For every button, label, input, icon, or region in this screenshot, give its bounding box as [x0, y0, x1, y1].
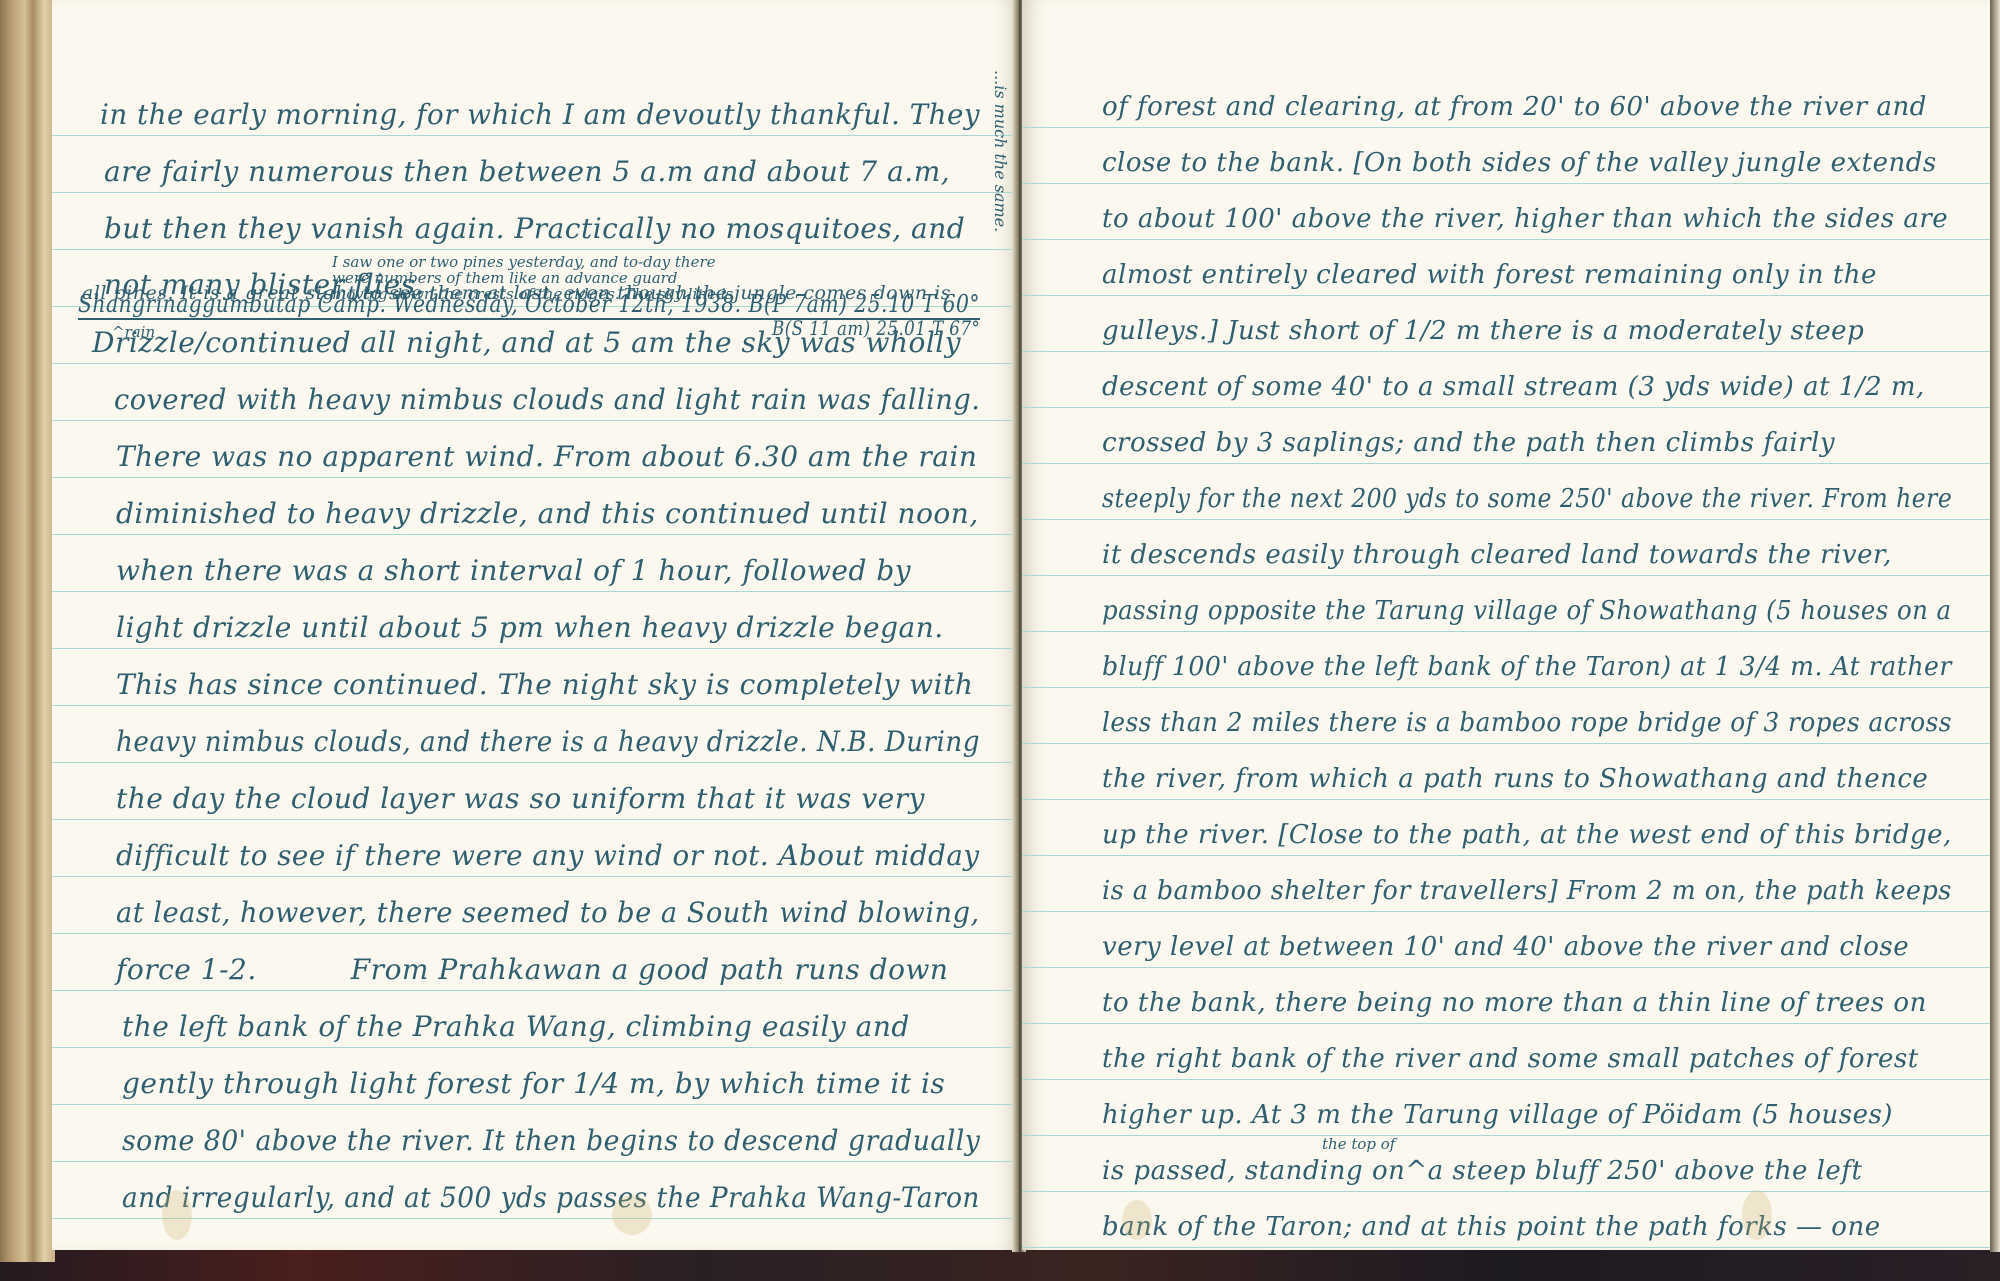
diary-entry-heading: Shangrinaggumbutap Camp. Wednesday, Octo… — [78, 290, 980, 318]
text-line: higher up. At 3 m the Tarung village of … — [1102, 1100, 1893, 1130]
right-page: of forest and clearing, at from 20' to 6… — [1022, 0, 1992, 1250]
text-line: some 80' above the river. It then begins… — [122, 1124, 980, 1157]
text-line: to about 100' above the river, higher th… — [1102, 204, 1948, 234]
text-line: diminished to heavy drizzle, and this co… — [116, 497, 979, 530]
text-line: is passed, standing on^a steep bluff 250… — [1102, 1156, 1862, 1186]
text-line: This has since continued. The night sky … — [116, 668, 973, 701]
interlinear-insertion: I saw one or two pines yesterday, and to… — [332, 254, 716, 270]
text-line: very level at between 10' and 40' above … — [1102, 932, 1909, 962]
text-line: is a bamboo shelter for travellers] From… — [1102, 876, 1952, 906]
text-line: heavy nimbus clouds, and there is a heav… — [116, 725, 980, 758]
text-line: at least, however, there seemed to be a … — [116, 896, 980, 929]
page-edge-right — [1990, 0, 2000, 1252]
text-line: the day the cloud layer was so uniform t… — [116, 782, 925, 815]
text-line: steeply for the next 200 yds to some 250… — [1102, 484, 1952, 514]
text-line: of forest and clearing, at from 20' to 6… — [1102, 92, 1927, 122]
margin-note-vertical: ...is much the same. — [991, 70, 1010, 232]
text-line: to the bank, there being no more than a … — [1102, 988, 1927, 1018]
text-line: the left bank of the Prahka Wang, climbi… — [122, 1010, 910, 1043]
text-line: light drizzle until about 5 pm when heav… — [116, 611, 944, 644]
page-edges — [0, 0, 55, 1262]
text-line: up the river. [Close to the path, at the… — [1102, 820, 1952, 850]
text-line: the river, from which a path runs to Sho… — [1102, 764, 1928, 794]
text-line: in the early morning, for which I am dev… — [100, 98, 980, 131]
text-line: almost entirely cleared with forest rema… — [1102, 260, 1877, 290]
text-line: difficult to see if there were any wind … — [116, 839, 980, 872]
text-line: descent of some 40' to a small stream (3… — [1102, 372, 1925, 402]
left-page: in the early morning, for which I am dev… — [52, 0, 1020, 1250]
text-line: Drizzle/continued all night, and at 5 am… — [92, 326, 961, 359]
text-line: gulleys.] Just short of 1/2 m there is a… — [1102, 316, 1864, 346]
text-line: less than 2 miles there is a bamboo rope… — [1102, 708, 1952, 738]
text-line: close to the bank. [On both sides of the… — [1102, 148, 1937, 178]
text-line: gently through light forest for 1/4 m, b… — [122, 1067, 945, 1100]
interlinear-insertion: the top of — [1322, 1136, 1395, 1152]
text-line: There was no apparent wind. From about 6… — [116, 440, 977, 473]
text-line: force 1-2. From Prahkawan a good path ru… — [116, 953, 948, 986]
text-line: bluff 100' above the left bank of the Ta… — [1102, 652, 1952, 682]
desk-surface — [0, 1250, 2000, 1281]
text-line: it descends easily through cleared land … — [1102, 540, 1892, 570]
text-line: but then they vanish again. Practically … — [104, 212, 965, 245]
text-line: passing opposite the Tarung village of S… — [1102, 596, 1952, 626]
text-line: the right bank of the river and some sma… — [1102, 1044, 1919, 1074]
text-line: crossed by 3 saplings; and the path then… — [1102, 428, 1835, 458]
text-line: are fairly numerous then between 5 a.m a… — [104, 155, 950, 188]
text-line: covered with heavy nimbus clouds and lig… — [114, 383, 980, 416]
text-line: and irregularly, and at 500 yds passes t… — [122, 1181, 980, 1214]
text-line: when there was a short interval of 1 hou… — [116, 554, 911, 587]
